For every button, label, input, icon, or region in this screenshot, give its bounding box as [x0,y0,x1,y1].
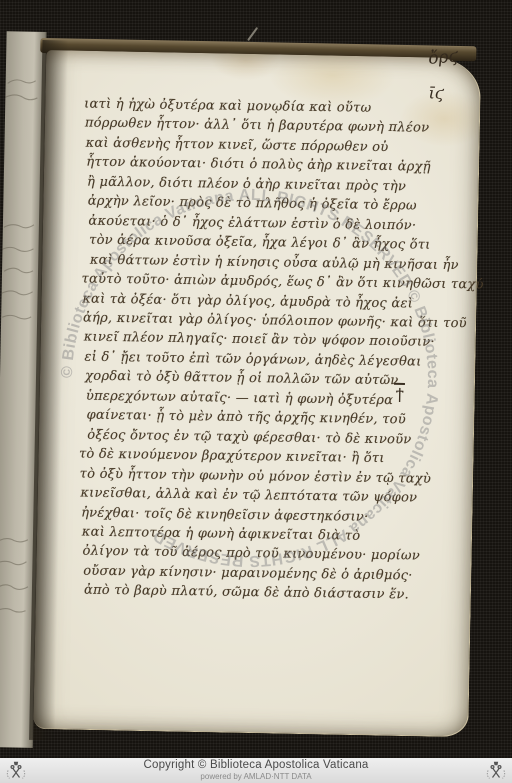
powered-by-text: powered by AMLAD·NTT DATA [143,773,368,781]
quire-mark: ὄρϛ [427,46,458,68]
footer-copyright-bar: Copyright © Biblioteca Apostolica Vatica… [0,758,512,783]
stray-pen-mark [247,27,258,41]
manuscript-text-block: ιατὶ ἡ ἠχὼ ὀξυτέρα καὶ μονῳδία καὶ οὕτωπ… [81,95,434,606]
copyright-text: Copyright © Biblioteca Apostolica Vatica… [143,760,368,772]
vatican-library-emblem-icon [485,760,507,781]
open-book: ὄρϛ ῑϛ ϯ ιατὶ ἡ ἠχὼ ὀξυτέρα καὶ μονῳδία … [0,0,512,783]
manuscript-viewer-photo: ὄρϛ ῑϛ ϯ ιατὶ ἡ ἠχὼ ὀξυτέρα καὶ μονῳδία … [0,0,512,783]
vatican-library-emblem-icon [5,760,27,781]
footer-text: Copyright © Biblioteca Apostolica Vatica… [143,760,368,782]
